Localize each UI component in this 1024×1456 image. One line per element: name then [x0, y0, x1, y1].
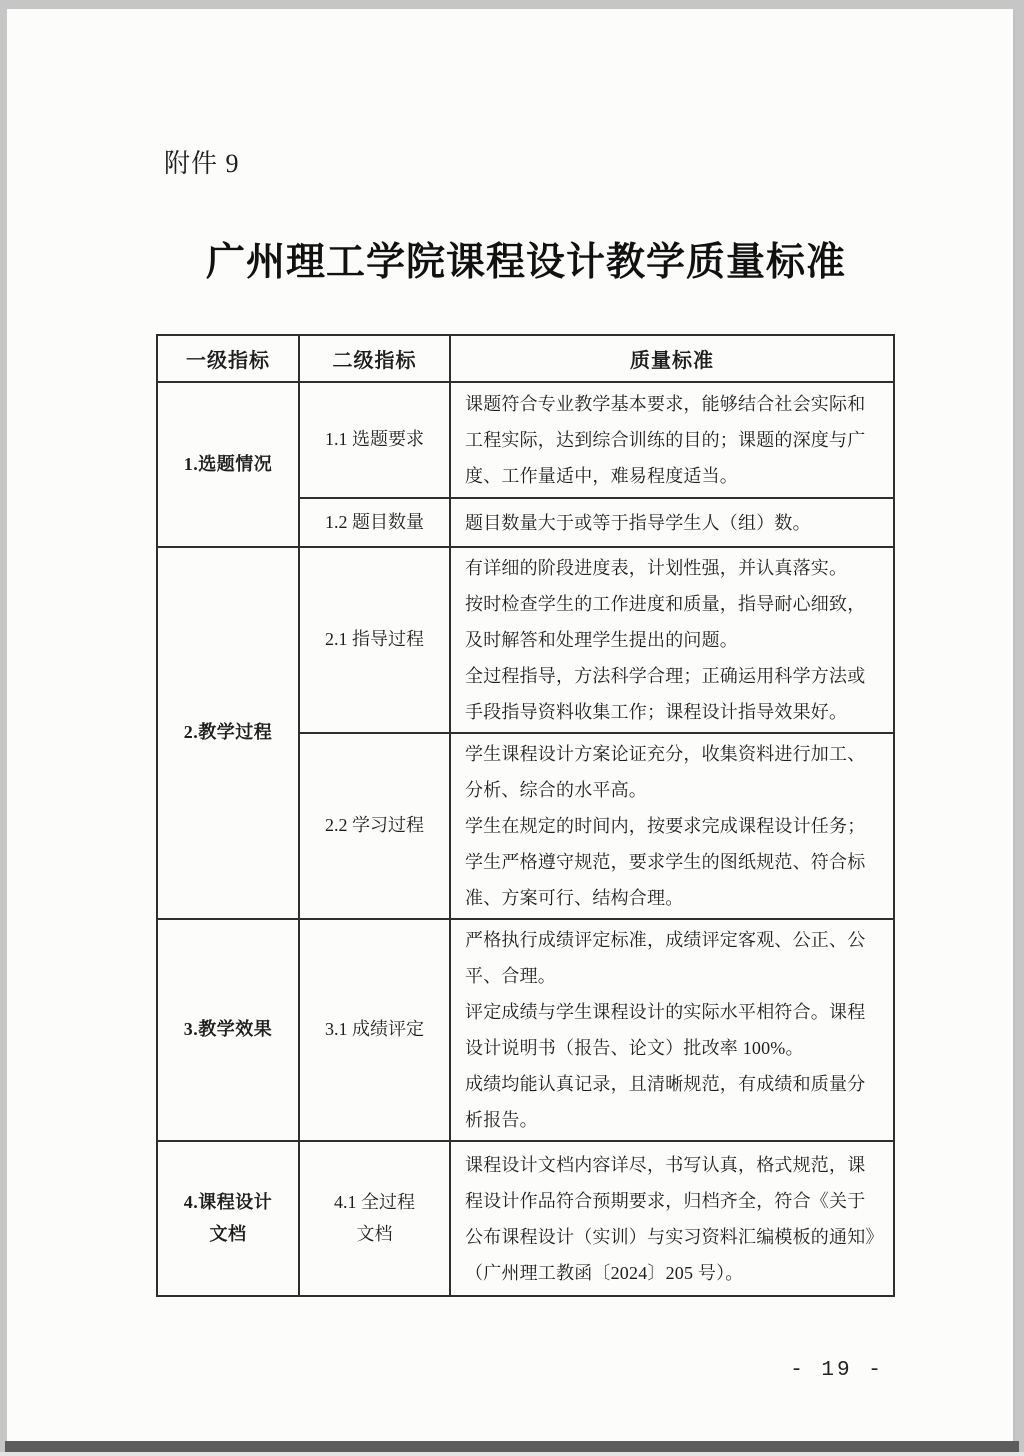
table-header-row: 一级指标 二级指标 质量标准 — [157, 335, 894, 382]
standard-cell: 有详细的阶段进度表，计划性强，并认真落实。 按时检查学生的工作进度和质量，指导耐… — [450, 547, 894, 733]
level2-cell: 4.1 全过程 文档 — [299, 1141, 450, 1296]
standard-cell: 学生课程设计方案论证充分，收集资料进行加工、分析、综合的水平高。 学生在规定的时… — [450, 733, 894, 919]
standard-cell: 课程设计文档内容详尽，书写认真，格式规范，课程设计作品符合预期要求，归档齐全，符… — [450, 1141, 894, 1296]
page-title: 广州理工学院课程设计教学质量标准 — [156, 231, 896, 287]
standard-paragraph: 课程设计文档内容详尽，书写认真，格式规范，课程设计作品符合预期要求，归档齐全，符… — [465, 1147, 883, 1291]
standard-paragraph: 题目数量大于或等于指导学生人（组）数。 — [465, 505, 883, 541]
table-row: 4.课程设计 文档 4.1 全过程 文档 课程设计文档内容详尽，书写认真，格式规… — [157, 1141, 894, 1296]
level2-cell: 2.2 学习过程 — [299, 733, 450, 919]
table-row: 1.选题情况 1.1 选题要求 课题符合专业教学基本要求，能够结合社会实际和工程… — [157, 382, 894, 498]
quality-standards-table: 一级指标 二级指标 质量标准 1.选题情况 1.1 选题要求 课题符合专业教学基… — [156, 334, 895, 1297]
standard-cell: 课题符合专业教学基本要求，能够结合社会实际和工程实际，达到综合训练的目的；课题的… — [450, 382, 894, 498]
level1-cell-teaching-effect: 3.教学效果 — [157, 919, 299, 1141]
attachment-label: 附件 9 — [164, 143, 240, 180]
standard-paragraph: 成绩均能认真记录，且清晰规范，有成绩和质量分析报告。 — [465, 1066, 883, 1138]
level2-cell: 1.1 选题要求 — [299, 382, 450, 498]
standard-paragraph: 有详细的阶段进度表，计划性强，并认真落实。 — [465, 550, 883, 586]
header-quality-standard: 质量标准 — [450, 335, 894, 382]
page-surface: 附件 9 广州理工学院课程设计教学质量标准 一级指标 二级指标 质量标准 1.选… — [7, 9, 1015, 1441]
standard-paragraph: 严格执行成绩评定标准，成绩评定客观、公正、公平、合理。 — [465, 922, 883, 994]
scanned-document: 附件 9 广州理工学院课程设计教学质量标准 一级指标 二级指标 质量标准 1.选… — [0, 0, 1024, 1456]
level2-cell: 2.1 指导过程 — [299, 547, 450, 733]
standard-cell: 严格执行成绩评定标准，成绩评定客观、公正、公平、合理。 评定成绩与学生课程设计的… — [450, 919, 894, 1141]
level2-cell: 1.2 题目数量 — [299, 498, 450, 547]
standard-paragraph: 学生课程设计方案论证充分，收集资料进行加工、分析、综合的水平高。 — [465, 736, 883, 808]
header-level2-indicator: 二级指标 — [299, 335, 450, 382]
page-number: - 19 - — [757, 1359, 917, 1382]
standard-paragraph: 学生在规定的时间内，按要求完成课程设计任务；学生严格遵守规范，要求学生的图纸规范… — [465, 808, 883, 916]
standard-paragraph: 按时检查学生的工作进度和质量，指导耐心细致，及时解答和处理学生提出的问题。 — [465, 586, 883, 658]
level2-cell: 3.1 成绩评定 — [299, 919, 450, 1141]
level1-cell-design-documents: 4.课程设计 文档 — [157, 1141, 299, 1296]
table-row: 2.教学过程 2.1 指导过程 有详细的阶段进度表，计划性强，并认真落实。 按时… — [157, 547, 894, 733]
standard-paragraph: 课题符合专业教学基本要求，能够结合社会实际和工程实际，达到综合训练的目的；课题的… — [465, 386, 883, 494]
scan-bottom-margin — [0, 1452, 1024, 1456]
level1-cell-teaching-process: 2.教学过程 — [157, 547, 299, 919]
header-level1-indicator: 一级指标 — [157, 335, 299, 382]
page-bottom-shadow — [5, 1441, 1019, 1452]
level1-cell-topic-selection: 1.选题情况 — [157, 382, 299, 547]
standard-cell: 题目数量大于或等于指导学生人（组）数。 — [450, 498, 894, 547]
standard-paragraph: 全过程指导，方法科学合理；正确运用科学方法或手段指导资料收集工作；课程设计指导效… — [465, 658, 883, 730]
table-row: 3.教学效果 3.1 成绩评定 严格执行成绩评定标准，成绩评定客观、公正、公平、… — [157, 919, 894, 1141]
standard-paragraph: 评定成绩与学生课程设计的实际水平相符合。课程设计说明书（报告、论文）批改率 10… — [465, 994, 883, 1066]
